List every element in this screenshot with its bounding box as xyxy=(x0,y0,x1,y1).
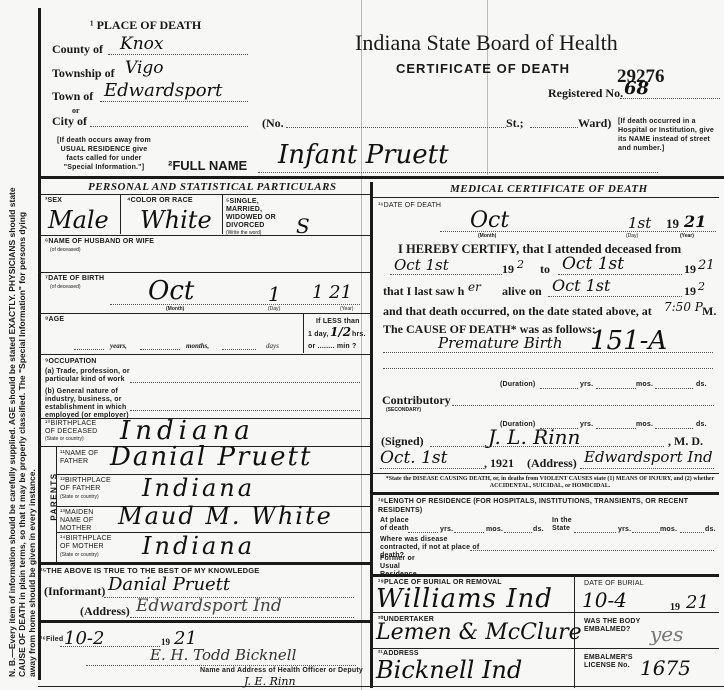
place-of-death-heading: ¹ PLACE OF DEATH xyxy=(90,18,201,33)
minutes-label: or ........ min ? xyxy=(308,343,357,350)
alive-on-year-prefix: 19 xyxy=(684,284,696,299)
fold-line xyxy=(487,0,488,175)
attended-to-year-prefix: 19 xyxy=(684,262,696,277)
date-of-death-year-prefix: 19 xyxy=(666,216,679,232)
date-of-death-label: ¹⁶DATE OF DEATH xyxy=(378,202,441,209)
street-label: St.; xyxy=(506,116,524,131)
to-label: to xyxy=(540,262,550,277)
cause-footnote: *State the DISEASE CAUSING DEATH, or, in… xyxy=(384,476,716,490)
birthplace-label: ¹⁰BIRTHPLACE OF DECEASED xyxy=(45,420,105,436)
less-than-label: If LESS than xyxy=(316,318,360,325)
date-of-death-day: 1st xyxy=(628,214,651,232)
burial-date-label: DATE OF BURIAL xyxy=(584,580,644,587)
father-name-label: ¹¹NAME OF FATHER xyxy=(60,450,110,466)
hours-value: 1/2 xyxy=(330,325,351,339)
informant-label: (Informant) xyxy=(44,584,105,599)
mother-name-label: ¹³MAIDEN NAME OF MOTHER xyxy=(60,509,116,533)
last-saw-label: that I last saw h xyxy=(383,284,464,299)
signed-label: (Signed) xyxy=(381,434,424,449)
dob-sub: (of deceased) xyxy=(50,284,81,290)
occupation-a-label: (a) Trade, profession, or particular kin… xyxy=(45,368,135,384)
father-name-value: Danial Pruett xyxy=(110,442,312,472)
mother-birthplace-sub: (State or country) xyxy=(60,552,99,558)
attended-from-year-prefix: 19 xyxy=(502,262,514,277)
registered-number-handwritten: 68 xyxy=(624,78,649,99)
md-label: , M. D. xyxy=(668,434,703,449)
marital-label: ⁵SINGLE, MARRIED, WIDOWED OR DIVORCED xyxy=(226,198,296,230)
health-officer-label: Name and Address of Health Officer or De… xyxy=(200,667,363,674)
informant-address-label: (Address) xyxy=(80,604,130,619)
parents-label: PARENTS xyxy=(50,472,59,520)
occupation-label: ⁹OCCUPATION xyxy=(45,358,97,365)
duration-mos: mos. xyxy=(636,381,653,388)
embalmed-value: yes xyxy=(650,622,683,646)
street-no-label: (No. xyxy=(262,116,284,131)
date-of-death-year: 21 xyxy=(684,212,706,231)
state-yrs: yrs. xyxy=(618,526,631,533)
months-caption: months, xyxy=(186,342,209,350)
birthplace-sub: (State or country) xyxy=(45,436,84,442)
license-value: 1675 xyxy=(640,656,691,680)
registered-label: Registered No. xyxy=(548,86,623,101)
dod-day-caption: (Day) xyxy=(626,233,638,239)
dob-month: Oct xyxy=(148,276,194,306)
duration-yrs-2: yrs. xyxy=(580,421,593,428)
hours-label: hrs. xyxy=(352,331,366,338)
agency-title: Indiana State Board of Health xyxy=(355,30,618,56)
signed-date: Oct. 1st xyxy=(380,448,447,468)
dob-label: ⁷DATE OF BIRTH xyxy=(45,275,104,282)
duration-yrs: yrs. xyxy=(580,381,593,388)
at-place-label: At place of death xyxy=(380,517,416,533)
alive-on-value: Oct 1st xyxy=(552,276,610,295)
full-name-value: Infant Pruett xyxy=(278,140,449,170)
sex-value: Male xyxy=(48,206,109,234)
township-label: Township of xyxy=(52,66,115,81)
state-mos: mos. xyxy=(660,526,677,533)
death-certificate: N. B.—Every item of information should b… xyxy=(0,0,724,690)
margin-instructions: N. B.—Every item of information should b… xyxy=(7,17,37,677)
father-birthplace-sub: (State or country) xyxy=(60,494,99,500)
date-of-death-month: Oct xyxy=(470,208,509,233)
burial-year: 21 xyxy=(686,592,709,613)
death-occurred-text: and that death occurred, on the date sta… xyxy=(383,304,652,319)
physician-address-label: (Address) xyxy=(527,456,577,471)
dob-day: 1 xyxy=(268,282,281,306)
residence-yrs: yrs. xyxy=(440,526,453,533)
color-label: ⁴COLOR OR RACE xyxy=(127,197,193,204)
time-suffix: M. xyxy=(702,304,716,319)
certify-text: I HEREBY CERTIFY, that I attended deceas… xyxy=(398,242,681,257)
in-state-label: In the State xyxy=(552,517,576,533)
years-caption: years, xyxy=(110,342,127,350)
mother-birthplace-label: ¹⁴BIRTHPLACE OF MOTHER xyxy=(60,535,116,551)
alive-on-year: 2 xyxy=(698,280,705,293)
burial-place-value: Williams Ind xyxy=(376,584,553,614)
cause-value: Premature Birth xyxy=(438,334,563,352)
residence-note: [If death occurs away from USUAL RESIDEN… xyxy=(52,136,156,172)
signed-year: , 1921 xyxy=(484,456,514,471)
days-caption: days xyxy=(266,342,279,350)
sex-label: ³SEX xyxy=(45,197,62,204)
contributory-label: Contributory xyxy=(382,393,451,408)
mother-name-value: Maud M. White xyxy=(118,502,333,530)
one-day-label: 1 day, xyxy=(308,331,329,338)
duration-label: (Duration) xyxy=(500,381,535,388)
dob-year: 1 21 xyxy=(312,282,352,303)
county-value: Knox xyxy=(120,34,163,54)
spouse-label: ⁶NAME OF HUSBAND OR WIFE xyxy=(45,238,154,245)
full-name-label: ²FULL NAME xyxy=(168,158,247,173)
duration-ds-2: ds. xyxy=(696,421,707,428)
physician-address-value: Edwardsport Ind xyxy=(584,448,713,466)
time-of-death: 7:50 P xyxy=(664,300,703,314)
secondary-label: (SECONDARY) xyxy=(386,407,421,413)
mother-birthplace-value: Indiana xyxy=(142,532,255,560)
burial-address-value: Bicknell Ind xyxy=(376,656,522,684)
medical-heading: MEDICAL CERTIFICATE OF DEATH xyxy=(450,183,648,195)
residence-heading: ¹⁸LENGTH OF RESIDENCE (FOR HOSPITALS, IN… xyxy=(378,497,716,515)
dob-day-caption: (Day) xyxy=(268,306,280,312)
informant-address-value: Edwardsport Ind xyxy=(136,596,282,616)
attended-to: Oct 1st xyxy=(562,254,624,274)
town-value: Edwardsport xyxy=(104,80,222,101)
dod-year-caption: (Year) xyxy=(680,233,694,239)
residence-mos: mos. xyxy=(486,526,503,533)
informant-value: Danial Pruett xyxy=(108,574,230,595)
left-border xyxy=(38,8,41,680)
dob-year-caption: (Year) xyxy=(340,306,353,312)
state-ds: ds. xyxy=(705,526,716,533)
residence-ds: ds. xyxy=(533,526,544,533)
attended-from-year: 2 xyxy=(517,258,524,271)
spouse-sub: (of deceased) xyxy=(50,247,81,253)
duration-ds: ds. xyxy=(696,381,707,388)
hospital-note: [If death occurred in a Hospital or Inst… xyxy=(618,117,722,153)
last-saw-pronoun: er xyxy=(468,280,481,294)
township-value: Vigo xyxy=(125,58,164,78)
attended-to-year: 21 xyxy=(698,258,715,273)
attended-from: Oct 1st xyxy=(394,256,449,274)
personal-heading: PERSONAL AND STATISTICAL PARTICULARS xyxy=(88,181,337,193)
undertaker-value: Lemen & McClure xyxy=(376,620,582,645)
dod-month-caption: (Month) xyxy=(478,233,496,239)
section-divider xyxy=(38,176,724,179)
ward-label: Ward) xyxy=(578,116,611,131)
city-label: City of xyxy=(52,114,87,129)
father-birthplace-label: ¹²BIRTHPLACE OF FATHER xyxy=(60,477,116,493)
father-birthplace-value: Indiana xyxy=(142,474,255,502)
town-label: Town of xyxy=(52,89,93,104)
county-label: County of xyxy=(52,42,103,57)
dob-month-caption: (Month) xyxy=(166,306,184,312)
duration-mos-2: mos. xyxy=(636,421,653,428)
filed-label: ¹⁶Filed xyxy=(40,636,63,643)
age-label: ⁸AGE xyxy=(45,316,64,323)
burial-date-value: 10-4 xyxy=(582,588,627,612)
color-value: White xyxy=(140,206,212,234)
fold-line xyxy=(361,0,362,690)
alive-on-label: alive on xyxy=(502,284,542,299)
license-label: EMBALMER'S LICENSE No. xyxy=(584,654,644,670)
certificate-title: CERTIFICATE OF DEATH xyxy=(396,61,570,76)
health-officer-value: E. H. Todd Bicknell xyxy=(150,646,296,664)
